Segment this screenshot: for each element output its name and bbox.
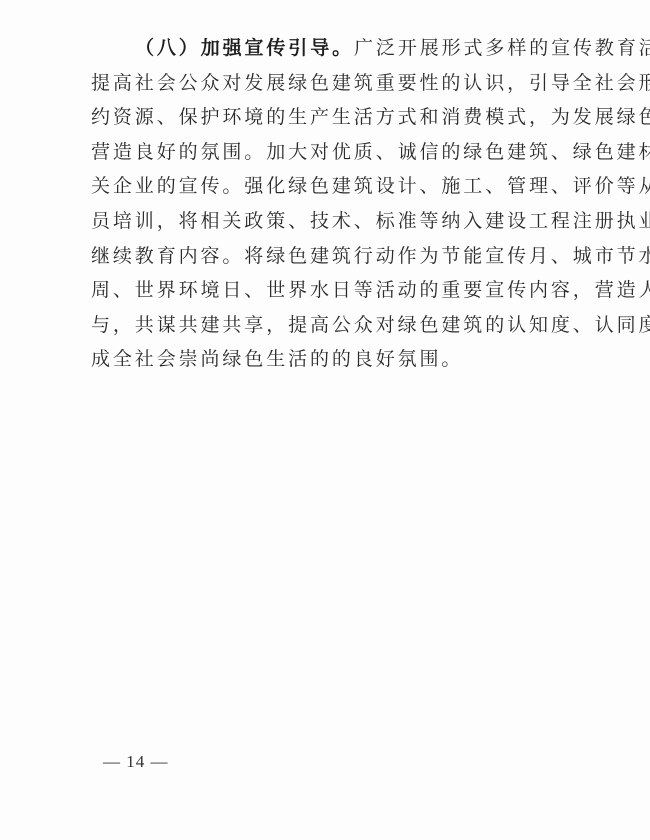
- paragraph-line-6: 员培训，将相关政策、技术、标准等纳入建设工程注册执业人员: [91, 204, 575, 239]
- section-paragraph: （八）加强宣传引导。广泛开展形式多样的宣传教育活动， 提高社会公众对发展绿色建筑…: [91, 31, 575, 377]
- paragraph-line-7: 继续教育内容。将绿色建筑行动作为节能宣传月、城市节水宣传: [91, 239, 575, 274]
- paragraph-line-9: 与，共谋共建共享，提高公众对绿色建筑的认知度、认同度，形: [91, 308, 575, 343]
- paragraph-line-4: 营造良好的氛围。加大对优质、诚信的绿色建筑、绿色建材等相: [91, 135, 575, 170]
- paragraph-line-2: 提高社会公众对发展绿色建筑重要性的认识，引导全社会形成节: [91, 66, 575, 101]
- paragraph-line-8: 周、世界环境日、世界水日等活动的重要宣传内容，营造人人参: [91, 273, 575, 308]
- document-page: （八）加强宣传引导。广泛开展形式多样的宣传教育活动， 提高社会公众对发展绿色建筑…: [0, 0, 650, 840]
- paragraph-line-10: 成全社会崇尚绿色生活的的良好氛围。: [91, 342, 575, 377]
- paragraph-line-1: （八）加强宣传引导。广泛开展形式多样的宣传教育活动，: [91, 31, 575, 66]
- section-heading: （八）加强宣传引导。: [135, 37, 354, 59]
- paragraph-line-3: 约资源、保护环境的生产生活方式和消费模式，为发展绿色建筑: [91, 100, 575, 135]
- page-number: — 14 —: [103, 752, 169, 772]
- paragraph-text: 广泛开展形式多样的宣传教育活动，: [354, 37, 650, 59]
- paragraph-line-5: 关企业的宣传。强化绿色建筑设计、施工、管理、评价等从业人: [91, 169, 575, 204]
